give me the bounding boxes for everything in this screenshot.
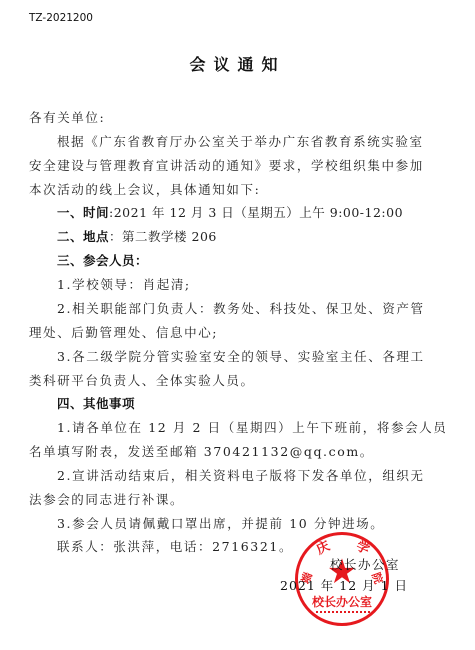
section-time-heading: 一、时间 [57,205,109,220]
stamp-bottom-text: 校长办公室 [298,593,386,610]
signature-date: 2021 年 12 月 1 日 [280,576,408,594]
attendee-item-3-cont: 类科研平台负责人、全体实验人员。 [29,371,255,389]
section-location-heading: 二、地点 [57,229,109,244]
signature-office: 校长办公室 [330,555,400,573]
salutation: 各有关单位: [29,108,105,126]
section-time: 一、时间:2021 年 12 月 3 日（星期五）上午 9:00-12:00 [57,203,403,221]
contact-line: 联系人：张洪萍，电话：2716321。 [57,537,293,555]
other-item-1-cont: 名单填写附表，发送至邮箱 370421132@qq.com。 [29,442,374,460]
other-item-1: 1.请各单位在 12 月 2 日（星期四）上午下班前，将参会人员 [57,418,447,436]
section-location-value: ：第二教学楼 206 [109,229,217,244]
other-item-2: 2.宣讲活动结束后，相关资料电子版将下发各单位，组织无 [57,466,425,484]
attendee-item-3: 3.各二级学院分管实验室安全的领导、实验室主任、各理工 [57,347,425,365]
intro-line-2: 安全建设与管理教育宣讲活动的通知》要求，学校组织集中参加 [29,156,424,174]
section-attendees-heading: 三、参会人员： [57,251,148,269]
section-location: 二、地点：第二教学楼 206 [57,227,217,245]
intro-line-1: 根据《广东省教育厅办公室关于举办广东省教育系统实验室 [57,132,424,150]
section-time-value: :2021 年 12 月 3 日（星期五）上午 9:00-12:00 [109,205,403,220]
attendee-item-2: 2.相关职能部门负责人：教务处、科技处、保卫处、资产管 [57,299,425,317]
other-item-2-cont: 法参会的同志进行补课。 [29,490,184,508]
stamp-dots [316,611,370,613]
section-other-heading: 四、其他事项 [57,394,135,412]
attendee-item-1: 1.学校领导：肖起清; [57,275,191,293]
attendee-item-2-cont: 理处、后勤管理处、信息中心; [29,323,218,341]
document-id: TZ-2021200 [29,12,93,24]
intro-line-3: 本次活动的线上会议，具体通知如下: [29,180,260,198]
document-title: 会议通知 [0,52,475,75]
other-item-3: 3.参会人员请佩戴口罩出席，并提前 10 分钟进场。 [57,514,384,532]
